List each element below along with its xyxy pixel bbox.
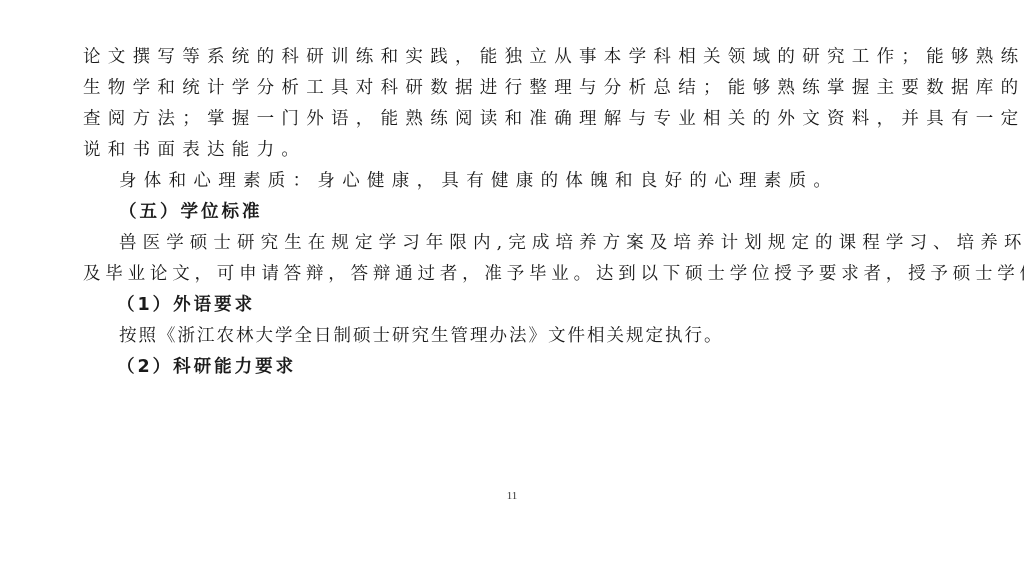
page-number: 11 (0, 490, 1024, 502)
paragraph-line: 生物学和统计学分析工具对科研数据进行整理与分析总结；能够熟练掌握主要数据库的检索… (83, 74, 1024, 102)
paragraph-line-physical-quality: 身体和心理素质：身心健康，具有健康的体魄和良好的心理素质。 (119, 167, 838, 195)
section-heading-degree-standard: （五）学位标准 (119, 198, 263, 226)
paragraph-line: 及毕业论文，可申请答辩，答辩通过者，准予毕业。达到以下硕士学位授予要求者，授予硕… (83, 260, 1024, 288)
paragraph-line: 论文撰写等系统的科研训练和实践，能独立从事本学科相关领域的研究工作；能够熟练地运… (83, 43, 1024, 71)
paragraph-line: 说和书面表达能力。 (83, 136, 306, 164)
paragraph-line-regulation: 按照《浙江农林大学全日制硕士研究生管理办法》文件相关规定执行。 (119, 322, 724, 350)
paragraph-line: 兽医学硕士研究生在规定学习年限内,完成培养方案及培养计划规定的课程学习、培养环节… (119, 229, 1024, 257)
subheading-research-ability: （2）科研能力要求 (117, 353, 296, 381)
paragraph-line: 查阅方法；掌握一门外语，能熟练阅读和准确理解与专业相关的外文资料，并具有一定的外… (83, 105, 1024, 133)
document-page: 论文撰写等系统的科研训练和实践，能独立从事本学科相关领域的研究工作；能够熟练地运… (0, 0, 1024, 576)
subheading-foreign-language: （1）外语要求 (117, 291, 255, 319)
